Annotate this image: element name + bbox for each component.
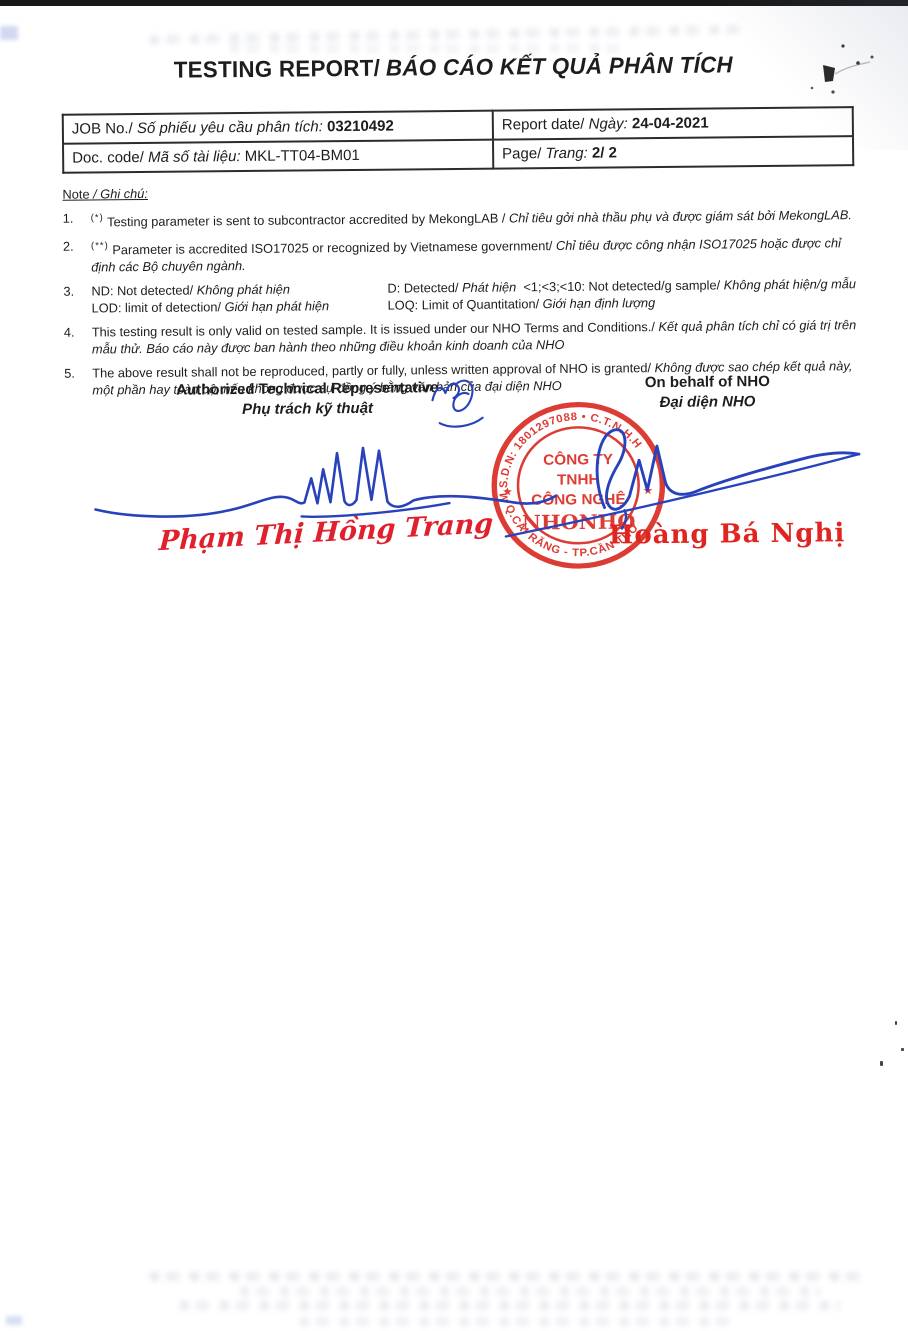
scanned-testing-report-page: TESTING REPORT/BÁO CÁO KẾT QUẢ PHÂN TÍCH…: [0, 0, 908, 1331]
abbrev-loq: LOQ: Limit of Quantitation/ Giới hạn địn…: [388, 292, 859, 314]
page-cell: Page/ Trang: 2/ 2: [493, 136, 853, 168]
title-vietnamese: BÁO CÁO KẾT QUẢ PHÂN TÍCH: [386, 51, 733, 80]
report-date-label: Report date/: [502, 115, 589, 133]
report-date-value: 24-04-2021: [632, 114, 709, 132]
note-number: 3.: [63, 282, 91, 316]
note-text: (**) Parameter is accredited ISO17025 or…: [91, 230, 858, 275]
abbrev-en: <1;<3;<10: Not detected/g sample/: [523, 277, 723, 294]
note-item-1: 1. (*) Testing parameter is sent to subc…: [63, 202, 858, 231]
note-text: This testing result is only valid on tes…: [92, 316, 859, 357]
note-number: 4.: [64, 323, 92, 357]
note-text: (*) Testing parameter is sent to subcont…: [91, 202, 858, 230]
page-label: Page/: [502, 145, 546, 162]
stamp-star-left: ★: [502, 486, 513, 499]
abbrev-en: LOD: limit of detection/: [92, 299, 225, 315]
table-row: Doc. code/ Mã số tài liệu: MKL-TT04-BM01…: [63, 136, 853, 173]
page-value: 2/ 2: [592, 144, 617, 161]
signature-section: Authorized Technical Representative Phụ …: [62, 366, 894, 589]
abbrev-en: D: Detected/: [387, 280, 462, 296]
abbrev-vi: Phát hiện: [462, 279, 516, 295]
report-date-label-vi: Ngày:: [588, 115, 632, 132]
notes-header-sep: /: [89, 186, 100, 201]
page-title: TESTING REPORT/BÁO CÁO KẾT QUẢ PHÂN TÍCH: [13, 50, 894, 85]
abbrev-vi: Giới hạn định lượng: [543, 295, 656, 311]
note-item-2: 2. (**) Parameter is accredited ISO17025…: [63, 230, 858, 276]
document-content: TESTING REPORT/BÁO CÁO KẾT QUẢ PHÂN TÍCH…: [0, 0, 908, 1331]
signatory-name-left: Phạm Thị Hồng Trang: [158, 508, 489, 557]
note-item-4: 4. This testing result is only valid on …: [64, 316, 859, 358]
abbrev-vi: Không phát hiện: [197, 282, 290, 298]
job-number-cell: JOB No./ Số phiếu yêu cầu phân tích: 032…: [63, 111, 493, 144]
page-label-vi: Trang:: [545, 144, 592, 161]
stamp-company-line3: CÔNG NGHỆ: [531, 490, 626, 509]
signatory-title-left-vi: Phụ trách kỹ thuật: [107, 397, 507, 421]
note-text-vi: Chỉ tiêu gởi nhà thầu phụ và được giám s…: [509, 207, 852, 225]
note-number: 1.: [63, 209, 91, 230]
note-superscript: (*): [91, 212, 104, 223]
stamp-company-line2: TNHH: [557, 471, 600, 488]
note-text-en: Parameter is accredited ISO17025 or reco…: [112, 238, 556, 257]
doc-code-cell: Doc. code/ Mã số tài liệu: MKL-TT04-BM01: [63, 140, 493, 173]
notes-header: Note / Ghi chú:: [62, 178, 857, 203]
doc-code-label-vi: Mã số tài liệu:: [148, 148, 245, 166]
abbrev-d: D: Detected/ Phát hiện: [387, 278, 523, 296]
note-text: ND: Not detected/ Không phát hiện D: Det…: [91, 275, 858, 316]
note-text-en: This testing result is only valid on tes…: [92, 319, 659, 339]
job-number-label: JOB No./: [72, 120, 137, 138]
initial-signature-stroke: [440, 418, 483, 427]
note-superscript: (**): [91, 240, 109, 251]
left-signature-stroke: [95, 446, 556, 517]
job-number-label-vi: Số phiếu yêu cầu phân tích:: [137, 118, 327, 137]
note-number: 2.: [63, 237, 91, 275]
signatory-title-left: Authorized Technical Representative Phụ …: [107, 377, 507, 421]
abbrev-en: ND: Not detected/: [91, 282, 196, 298]
notes-header-vi: Ghi chú:: [100, 186, 148, 201]
stamp-star-right: ★: [643, 484, 654, 497]
job-number-value: 03210492: [327, 117, 394, 135]
abbrev-vi: Không phát hiện/g mẫu: [724, 276, 856, 292]
doc-code-value: MKL-TT04-BM01: [245, 146, 360, 164]
note-item-3: 3. ND: Not detected/ Không phát hiện D: …: [63, 275, 858, 317]
report-date-cell: Report date/ Ngày: 24-04-2021: [493, 107, 853, 139]
note-text-en: Testing parameter is sent to subcontract…: [107, 210, 509, 229]
doc-code-label: Doc. code/: [72, 148, 148, 166]
abbrev-en: LOQ: Limit of Quantitation/: [388, 296, 543, 312]
signatory-name-right: Hoàng Bá Nghị: [609, 518, 849, 550]
notes-header-text: Note / Ghi chú:: [62, 186, 148, 202]
stamp-company-line1: CÔNG TY: [543, 450, 613, 468]
notes-header-en: Note: [62, 187, 89, 202]
abbrev-vi: Giới hạn phát hiện: [225, 298, 330, 314]
abbrev-lod: LOD: limit of detection/ Giới hạn phát h…: [92, 297, 388, 317]
report-info-table: JOB No./ Số phiếu yêu cầu phân tích: 032…: [62, 106, 855, 174]
title-english: TESTING REPORT/: [174, 55, 381, 83]
